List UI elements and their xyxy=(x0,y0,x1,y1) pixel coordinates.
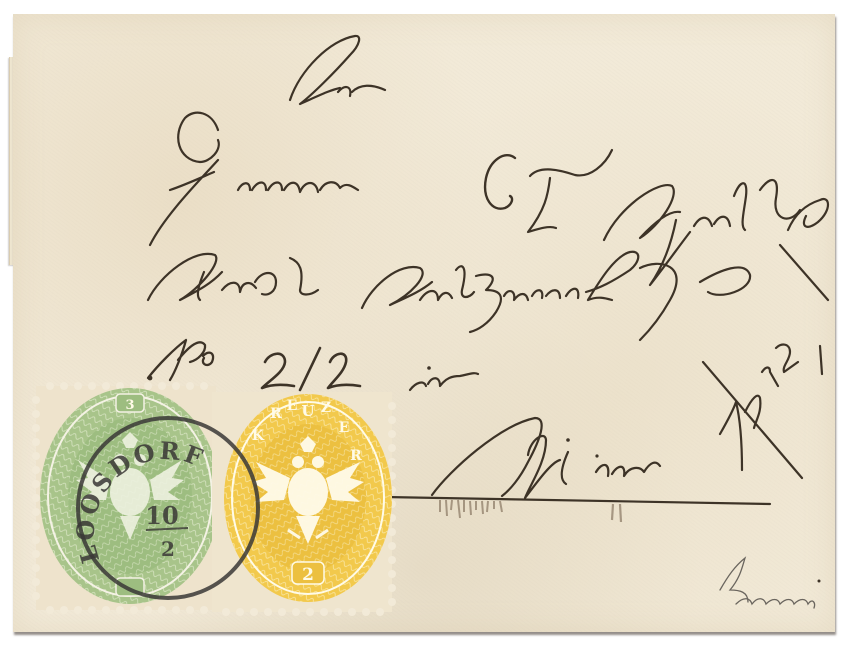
yellow-stamp-legend-r2: R xyxy=(350,448,362,464)
scan-scene: An Herrn C. F. Schiebl Stadt Salzgries N… xyxy=(0,0,850,646)
yellow-stamp-legend-z: Z xyxy=(321,400,331,416)
yellow-stamp-legend-e2: E xyxy=(339,420,350,436)
docket-notation: 11/42 xyxy=(703,245,828,478)
yellow-stamp-denomination: 2 xyxy=(302,565,314,585)
postmark-day-text: 10 xyxy=(145,501,178,530)
stamp-green-3kr: 3 xyxy=(32,382,220,614)
yellow-stamp-legend-u: U xyxy=(301,402,314,420)
postmark-month-text: 2 xyxy=(161,537,175,561)
yellow-stamp-legend-r: R xyxy=(270,406,282,422)
yellow-stamp-legend-k: K xyxy=(252,428,265,444)
yellow-stamp-legend-e: E xyxy=(287,398,298,414)
green-stamp-denomination: 3 xyxy=(125,398,134,413)
pencil-signature: Aulenz xyxy=(720,558,821,609)
stamp-yellow-2kr: K R E U Z E R 2 xyxy=(212,392,396,616)
cover-artwork: An Herrn C. F. Schiebl Stadt Salzgries N… xyxy=(0,0,850,646)
